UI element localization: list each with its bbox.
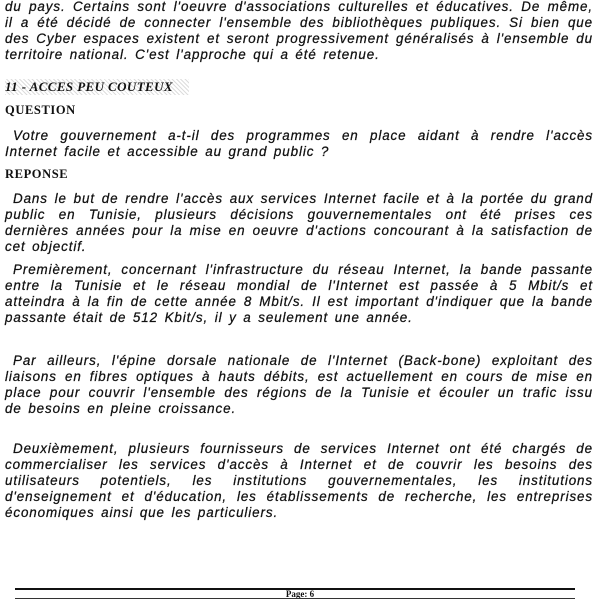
footer-rule-bottom	[15, 598, 575, 599]
intro-paragraph: du pays. Certains sont l'oeuvre d'associ…	[5, 0, 593, 63]
response-paragraph-2: Premièrement, concernant l'infrastructur…	[5, 262, 593, 326]
response-paragraph-4: Deuxièmement, plusieurs fournisseurs de …	[5, 441, 593, 521]
document-page: du pays. Certains sont l'oeuvre d'associ…	[0, 0, 600, 600]
response-paragraph-3: Par ailleurs, l'épine dorsale nationale …	[5, 353, 593, 417]
question-label: QUESTION	[5, 103, 76, 118]
response-paragraph-1: Dans le but de rendre l'accès aux servic…	[5, 191, 593, 255]
section-heading: 11 - ACCES PEU COUTEUX	[5, 79, 189, 95]
question-text: Votre gouvernement a-t-il des programmes…	[5, 128, 593, 160]
response-label: REPONSE	[5, 167, 68, 182]
